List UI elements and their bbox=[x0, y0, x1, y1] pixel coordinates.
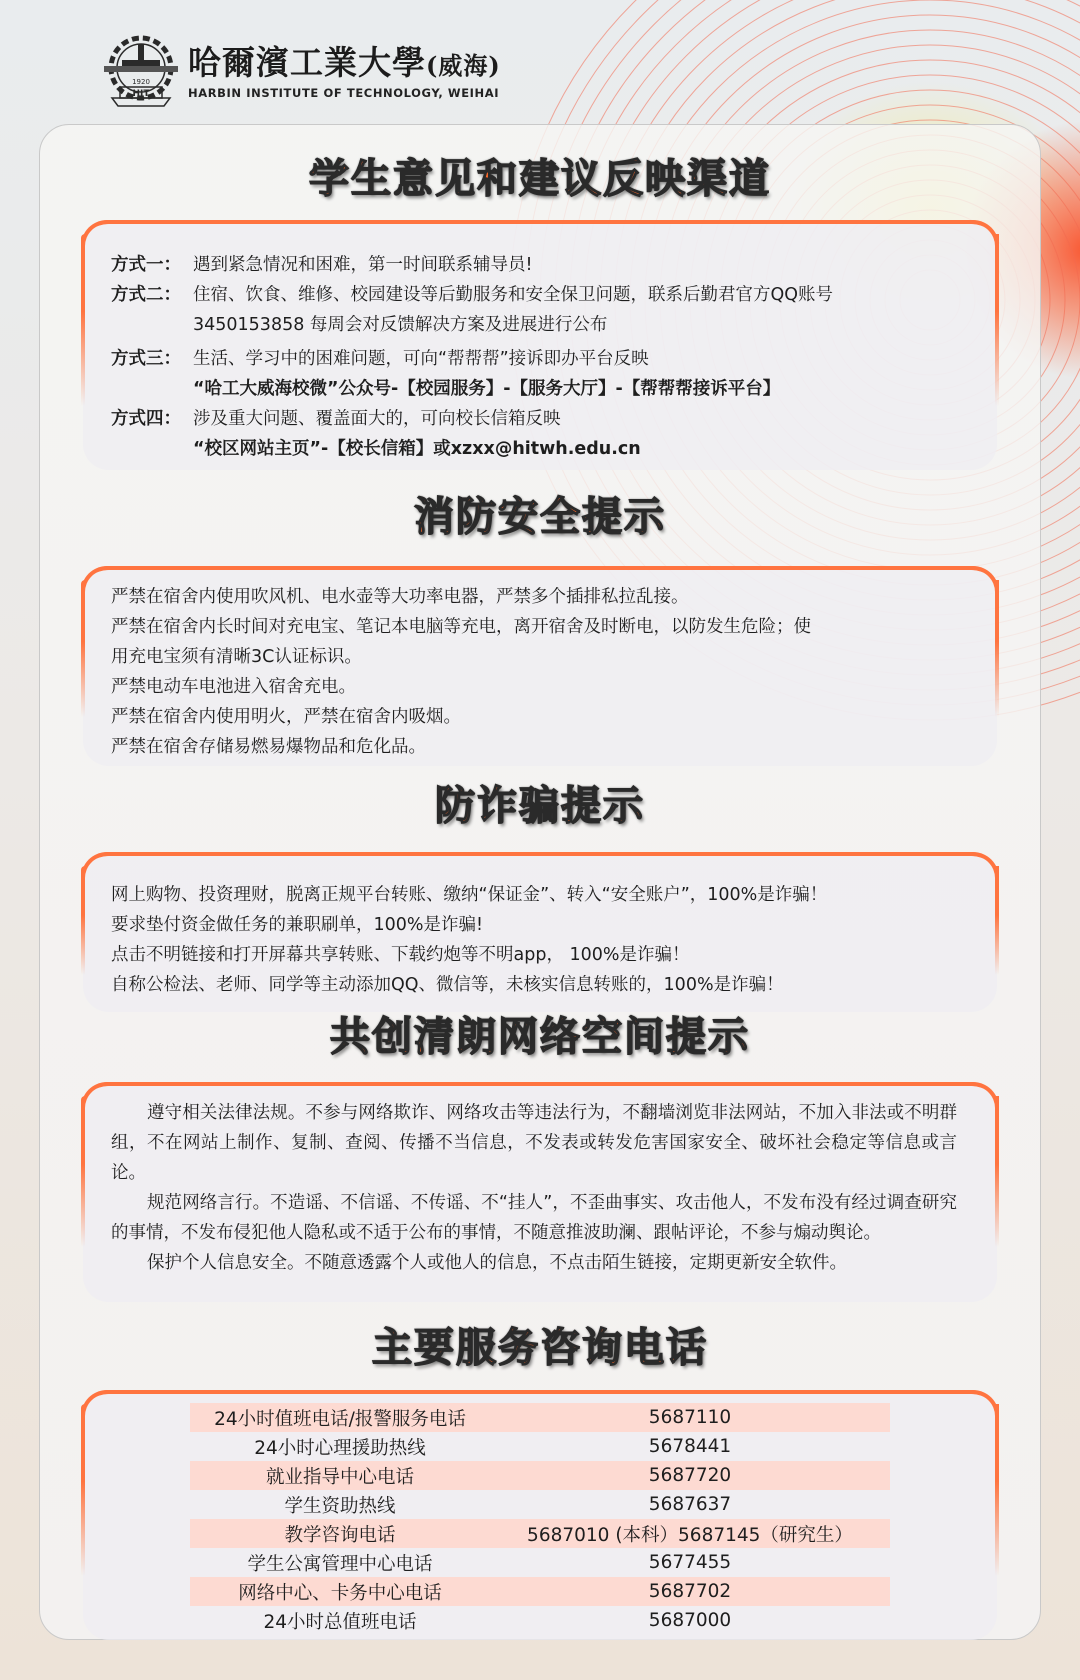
fire-safety-section-title: 消防安全提示 bbox=[39, 490, 1041, 544]
fire-rule: 用充电宝须有清晰3C认证标识。 bbox=[111, 642, 969, 672]
fraud-warning: 要求垫付资金做任务的兼职刷单，100%是诈骗! bbox=[111, 910, 969, 940]
school-header: 1920 HIT 哈爾濱工業大學(威海) HARBIN INSTITUTE OF… bbox=[100, 28, 520, 114]
phone-row: 就业指导中心电话 5687720 bbox=[190, 1461, 890, 1490]
cyberspace-paragraph-conduct: 规范网络言行。不造谣、不信谣、不传谣、不“挂人”，不歪曲事实、攻击他人，不发布没… bbox=[111, 1188, 957, 1248]
feedback-section-title: 学生意见和建议反映渠道 bbox=[39, 152, 1041, 206]
anti-fraud-card: 网上购物、投资理财，脱离正规平台转账、缴纳“保证金”、转入“安全账户”，100%… bbox=[83, 852, 997, 1012]
fraud-warning: 网上购物、投资理财，脱离正规平台转账、缴纳“保证金”、转入“安全账户”，100%… bbox=[111, 880, 969, 910]
phone-row: 学生资助热线 5687637 bbox=[190, 1490, 890, 1519]
feedback-item-1: 方式一： 遇到紧急情况和困难，第一时间联系辅导员! bbox=[111, 250, 969, 280]
phones-section-title: 主要服务咨询电话 bbox=[39, 1321, 1041, 1375]
phone-table: 24小时值班电话/报警服务电话 5687110 24小时心理援助热线 56784… bbox=[190, 1403, 890, 1635]
fire-rule: 严禁在宿舍内长时间对充电宝、笔记本电脑等充电，离开宿舍及时断电，以防发生危险；使 bbox=[111, 612, 969, 642]
feedback-item-2-qq: 3450153858 每周会对反馈解决方案及进展进行公布 bbox=[111, 310, 969, 340]
school-name-cn: 哈爾濱工業大學(威海) bbox=[188, 43, 501, 86]
phone-number: 5687702 bbox=[490, 1581, 890, 1602]
phone-number: 5687720 bbox=[490, 1465, 890, 1486]
cyberspace-section-title: 共创清朗网络空间提示 bbox=[39, 1010, 1041, 1064]
fire-rule: 严禁在宿舍内使用吹风机、电水壶等大功率电器，严禁多个插排私拉乱接。 bbox=[111, 582, 969, 612]
phone-number: 5687637 bbox=[490, 1494, 890, 1515]
phone-row: 24小时心理援助热线 5678441 bbox=[190, 1432, 890, 1461]
fraud-warning: 自称公检法、老师、同学等主动添加QQ、微信等，未核实信息转账的，100%是诈骗！ bbox=[111, 970, 969, 1000]
hit-logo-icon: 1920 HIT bbox=[100, 32, 182, 110]
phone-number: 5687110 bbox=[490, 1407, 890, 1428]
feedback-item-4: 方式四： 涉及重大问题、覆盖面大的，可向校长信箱反映 bbox=[111, 404, 969, 434]
fire-rule: 严禁在宿舍内使用明火，严禁在宿舍内吸烟。 bbox=[111, 702, 969, 732]
cyberspace-paragraph-privacy: 保护个人信息安全。不随意透露个人或他人的信息，不点击陌生链接，定期更新安全软件。 bbox=[111, 1248, 957, 1278]
fire-safety-card: 严禁在宿舍内使用吹风机、电水壶等大功率电器，严禁多个插排私拉乱接。 严禁在宿舍内… bbox=[83, 566, 997, 766]
phone-row: 学生公寓管理中心电话 5677455 bbox=[190, 1548, 890, 1577]
phone-number: 5677455 bbox=[490, 1552, 890, 1573]
school-name-en: HARBIN INSTITUTE OF TECHNOLOGY, WEIHAI bbox=[188, 86, 501, 100]
fraud-warning: 点击不明链接和打开屏幕共享转账、下载约炮等不明app， 100%是诈骗！ bbox=[111, 940, 969, 970]
phone-number: 5687010 (本科）5687145（研究生） bbox=[490, 1521, 890, 1547]
cyberspace-paragraph-law: 遵守相关法律法规。不参与网络欺诈、网络攻击等违法行为，不翻墙浏览非法网站，不加入… bbox=[111, 1098, 957, 1188]
phone-row: 24小时总值班电话 5687000 bbox=[190, 1606, 890, 1635]
svg-text:1920: 1920 bbox=[132, 78, 150, 86]
phone-number: 5687000 bbox=[490, 1610, 890, 1631]
phone-row: 网络中心、卡务中心电话 5687702 bbox=[190, 1577, 890, 1606]
feedback-item-2: 方式二： 住宿、饮食、维修、校园建设等后勤服务和安全保卫问题，联系后勤君官方QQ… bbox=[111, 280, 969, 310]
feedback-item-3: 方式三： 生活、学习中的困难问题，可向“帮帮帮”接诉即办平台反映 bbox=[111, 344, 969, 374]
feedback-item-4-email: “校区网站主页”-【校长信箱】或xzxx@hitwh.edu.cn bbox=[111, 434, 969, 464]
fire-rule: 严禁电动车电池进入宿舍充电。 bbox=[111, 672, 969, 702]
anti-fraud-section-title: 防诈骗提示 bbox=[39, 779, 1041, 833]
fire-rule: 严禁在宿舍存储易燃易爆物品和危化品。 bbox=[111, 732, 969, 762]
cyberspace-card: 遵守相关法律法规。不参与网络欺诈、网络攻击等违法行为，不翻墙浏览非法网站，不加入… bbox=[83, 1082, 997, 1302]
feedback-item-3-path: “哈工大威海校微”公众号-【校园服务】-【服务大厅】-【帮帮帮接诉平台】 bbox=[111, 374, 969, 404]
phone-row: 24小时值班电话/报警服务电话 5687110 bbox=[190, 1403, 890, 1432]
feedback-card: 方式一： 遇到紧急情况和困难，第一时间联系辅导员! 方式二： 住宿、饮食、维修、… bbox=[83, 220, 997, 470]
phone-number: 5678441 bbox=[490, 1436, 890, 1457]
phone-row: 教学咨询电话 5687010 (本科）5687145（研究生） bbox=[190, 1519, 890, 1548]
